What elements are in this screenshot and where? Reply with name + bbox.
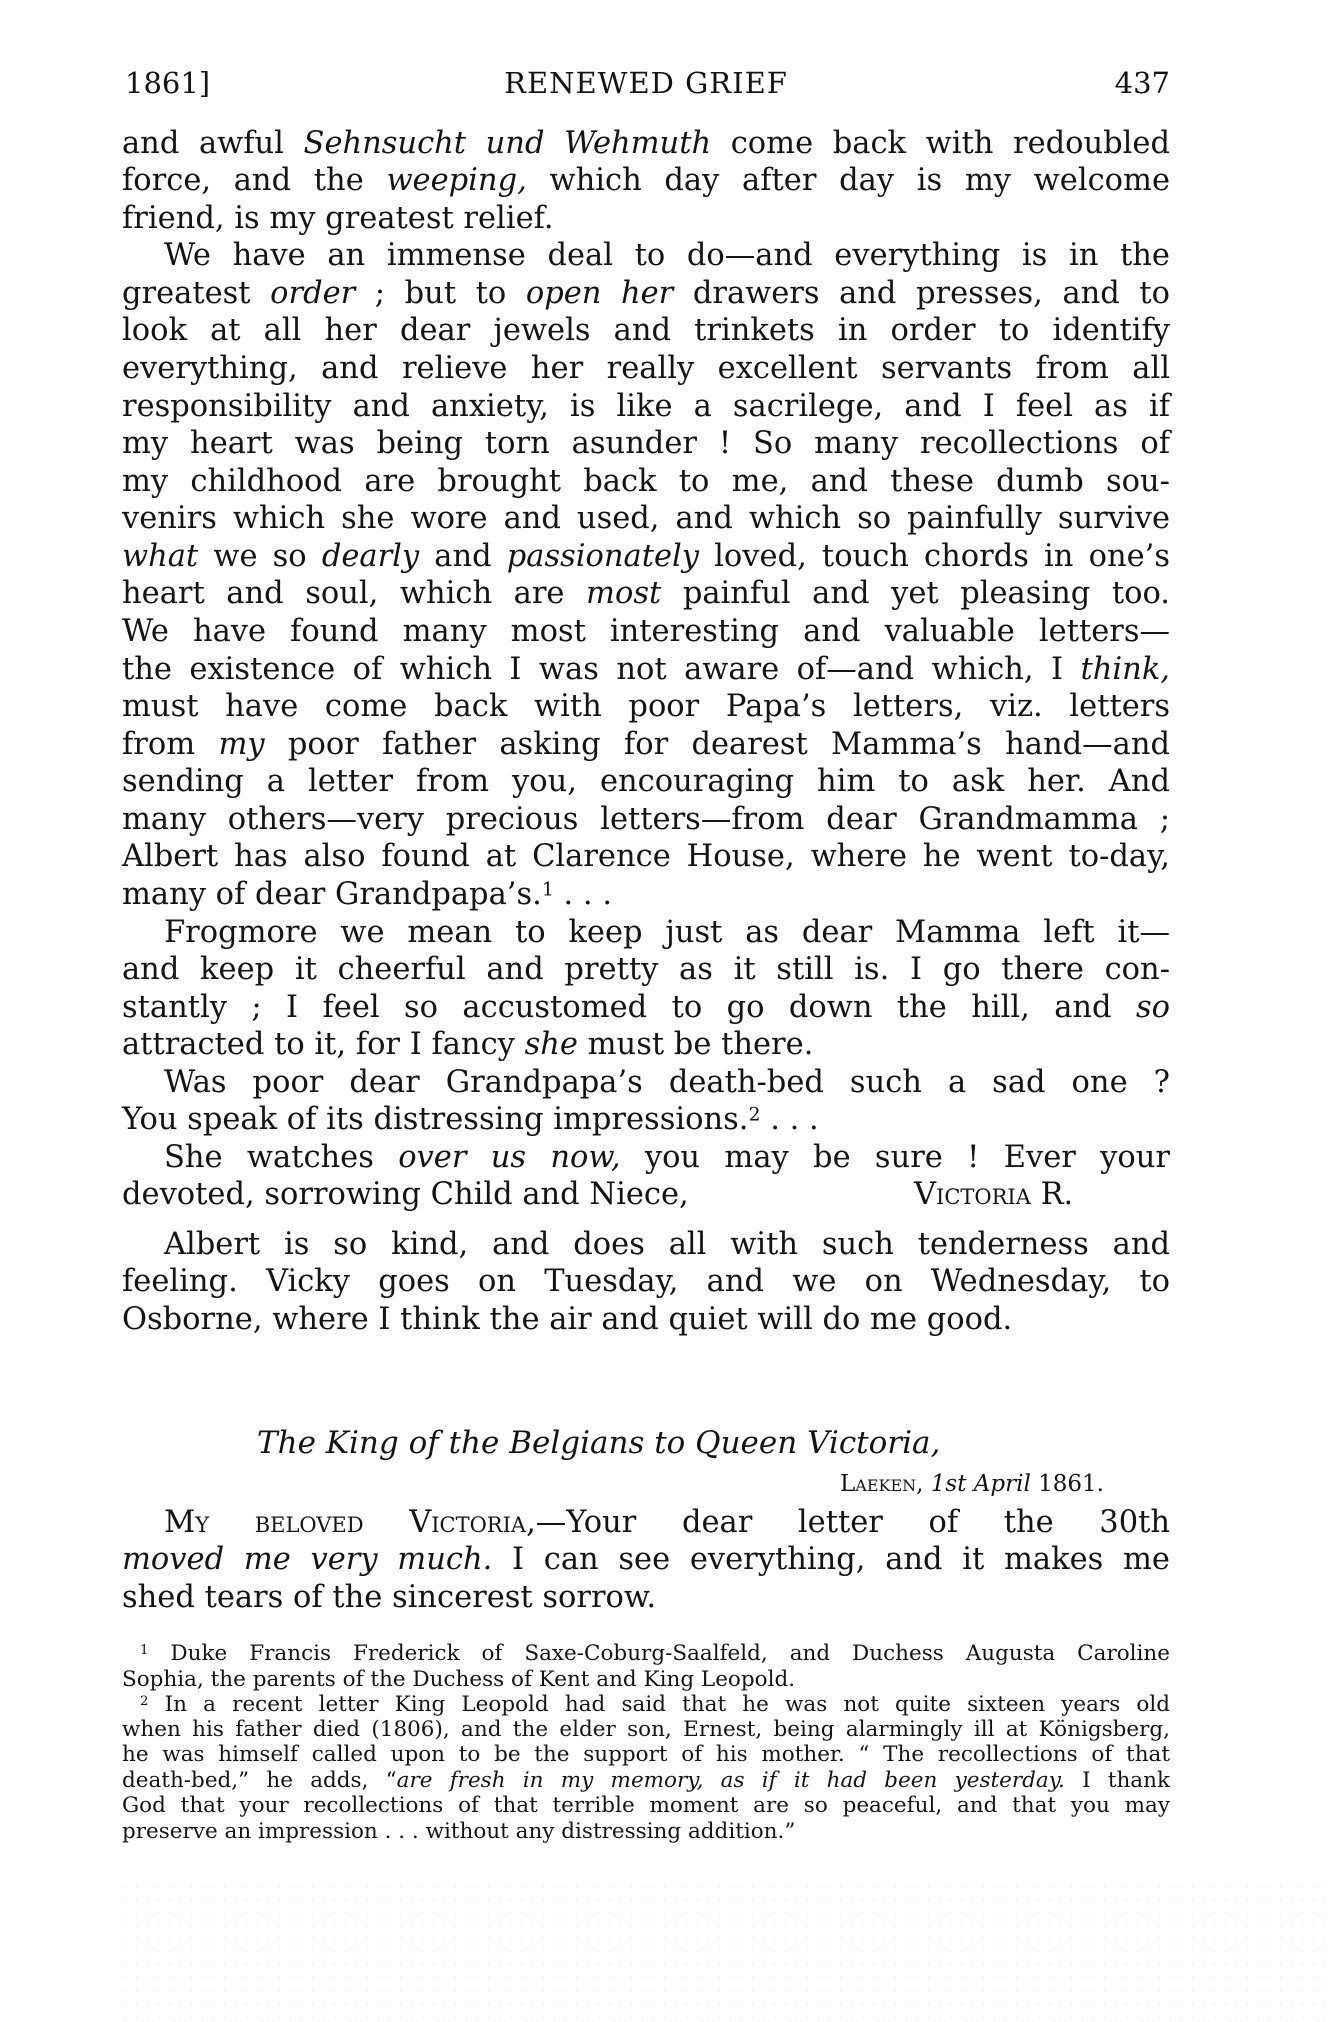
body-line: many others—very precious letters—from d…	[122, 801, 1170, 838]
signature: Victoria R.	[914, 1176, 1073, 1213]
body-line: must have come back with poor Papa’s let…	[122, 688, 1170, 725]
text-run: stantly ; I feel so accustomed to go dow…	[122, 990, 1136, 1025]
text-run: from	[122, 727, 218, 762]
body-line: heart and soul, which are most painful a…	[122, 575, 1170, 612]
body-line: my heart was being torn asunder ! So man…	[122, 425, 1170, 462]
text-run: Sophia, the parents of the Duchess of Ke…	[122, 1667, 795, 1692]
body-line: Osborne, where I think the air and quiet…	[122, 1301, 1170, 1338]
body-line: She watches over us now, you may be sure…	[164, 1139, 1170, 1176]
text-run: which day after day is my welcome	[527, 163, 1170, 198]
body-line: what we so dearly and passionately loved…	[122, 538, 1170, 575]
footnote-line: preserve an impression . . . without any…	[122, 1819, 1170, 1844]
page-number: 437	[1115, 66, 1170, 100]
text-run: ; but to	[355, 276, 526, 311]
text-run: drawers and presses, and to	[673, 276, 1170, 311]
italic-text: think,	[1081, 652, 1170, 687]
letter-dateline: Laeken, 1st April 1861.	[840, 1470, 1104, 1498]
text-run: and	[419, 539, 507, 574]
scan-speckle	[120, 1880, 1329, 2020]
text-run: heart and soul, which are	[122, 576, 586, 611]
footnote-marker: 2	[748, 1104, 760, 1126]
text-run: he was himself called upon to be the sup…	[122, 1742, 1170, 1767]
body-line: Was poor dear Grandpapa’s death-bed such…	[164, 1064, 1170, 1101]
body-line: and keep it cheerful and pretty as it st…	[122, 951, 1170, 988]
dateline-place: Laeken,	[840, 1471, 923, 1497]
text-run: Was poor dear Grandpapa’s death-bed such…	[164, 1065, 1170, 1100]
text-run: sending a letter from you, encouraging h…	[122, 764, 1170, 799]
italic-text: so	[1136, 990, 1170, 1025]
body-line: stantly ; I feel so accustomed to go dow…	[122, 989, 1170, 1026]
body-line: many of dear Grandpapa’s.1 . . .	[122, 876, 1170, 913]
body-line: attracted to it, for I fancy she must be…	[122, 1026, 1170, 1063]
salutation: My beloved Victoria,	[164, 1505, 536, 1540]
letter2-line: shed tears of the sincerest sorrow.	[122, 1579, 1170, 1616]
italic-text: my	[218, 727, 264, 762]
text-run: Albert is so kind, and does all with suc…	[164, 1227, 1170, 1262]
text-run: must be there.	[578, 1027, 813, 1062]
body-line: friend, is my greatest relief.	[122, 200, 1170, 237]
body-line: Albert has also found at Clarence House,…	[122, 838, 1170, 875]
letter-heading: The King of the Belgians to Queen Victor…	[257, 1424, 1032, 1462]
footnote-line: he was himself called upon to be the sup…	[122, 1742, 1170, 1767]
text-run: She watches	[164, 1140, 398, 1175]
text-run: death-bed,” he adds, “	[122, 1768, 397, 1793]
italic-text: passionately	[507, 539, 699, 574]
book-page: 1861] RENEWED GRIEF 437 and awful Sehnsu…	[0, 0, 1329, 2022]
text-run: God that your recollections of that terr…	[122, 1793, 1170, 1818]
text-run: my heart was being torn asunder ! So man…	[122, 426, 1170, 461]
text-run: look at all her dear jewels and trinkets…	[122, 313, 1170, 348]
text-run: responsibility and anxiety, is like a sa…	[122, 389, 1170, 424]
body-line: We have an immense deal to do—and everyt…	[164, 237, 1170, 274]
italic-text: Sehnsucht und Wehmuth	[304, 126, 712, 161]
text-run: painful and yet pleasing too.	[661, 576, 1170, 611]
footnote-line: 1 Duke Francis Frederick of Saxe-Coburg-…	[140, 1641, 1170, 1666]
text-run: I thank	[1065, 1768, 1170, 1793]
italic-text: are fresh in my memory, as if it had bee…	[397, 1768, 1065, 1793]
body-line: You speak of its distressing impressions…	[122, 1101, 1170, 1138]
text-run: Osborne, where I think the air and quiet…	[122, 1302, 1012, 1337]
text-run: Frogmore we mean to keep just as dear Ma…	[164, 915, 1170, 950]
italic-text: what	[122, 539, 198, 574]
footnote-line: God that your recollections of that terr…	[122, 1793, 1170, 1818]
text-run: must have come back with poor Papa’s let…	[122, 689, 1170, 724]
body-line: the existence of which I was not aware o…	[122, 651, 1170, 688]
letter2-line: moved me very much. I can see everything…	[122, 1541, 1170, 1578]
body-line: force, and the weeping, which day after …	[122, 162, 1170, 199]
text-run: We have an immense deal to do—and everyt…	[164, 238, 1170, 273]
italic-text: most	[586, 576, 661, 611]
text-run: my childhood are brought back to me, and…	[122, 464, 1170, 499]
footnote-line: when his father died (1806), and the eld…	[122, 1717, 1170, 1742]
text-run: the existence of which I was not aware o…	[122, 652, 1081, 687]
footnote-line: 2 In a recent letter King Leopold had sa…	[140, 1692, 1170, 1717]
text-run: friend, is my greatest relief.	[122, 201, 554, 236]
text-run: poor father asking for dearest Mamma’s h…	[265, 727, 1170, 762]
dateline-day: 1st	[931, 1471, 974, 1497]
body-line: feeling. Vicky goes on Tuesday, and we o…	[122, 1263, 1170, 1300]
italic-text: over us now,	[398, 1140, 620, 1175]
body-line: my childhood are brought back to me, and…	[122, 463, 1170, 500]
text-run: —Your dear letter of the 30th	[536, 1505, 1170, 1540]
italic-text: open her	[526, 276, 673, 311]
text-run: force, and the	[122, 163, 386, 198]
body-line: venirs which she wore and used, and whic…	[122, 500, 1170, 537]
text-run: greatest	[122, 276, 270, 311]
dateline-year: 1861.	[1038, 1471, 1104, 1497]
italic-text: she	[525, 1027, 578, 1062]
running-head-title: RENEWED GRIEF	[122, 66, 1170, 100]
body-line: everything, and relieve her really excel…	[122, 350, 1170, 387]
text-run: In a recent letter King Leopold had said…	[148, 1692, 1170, 1717]
text-run: Albert has also found at Clarence House,…	[122, 839, 1170, 874]
text-run: many others—very precious letters—from d…	[122, 802, 1170, 837]
text-run: We have found many most interesting and …	[122, 614, 1170, 649]
italic-text: weeping,	[386, 163, 526, 198]
text-run: . . .	[554, 877, 612, 912]
body-line: responsibility and anxiety, is like a sa…	[122, 388, 1170, 425]
text-run: preserve an impression . . . without any…	[122, 1819, 795, 1844]
footnote-line: Sophia, the parents of the Duchess of Ke…	[122, 1667, 1170, 1692]
body-line: and awful Sehnsucht und Wehmuth come bac…	[122, 125, 1170, 162]
text-run: many of dear Grandpapa’s.	[122, 877, 542, 912]
italic-text: dearly	[322, 539, 419, 574]
text-run: Duke Francis Frederick of Saxe-Coburg-Sa…	[148, 1641, 1170, 1666]
text-run: everything, and relieve her really excel…	[122, 351, 1170, 386]
footnote-line: death-bed,” he adds, “are fresh in my me…	[122, 1768, 1170, 1793]
text-run: we so	[198, 539, 322, 574]
body-line: We have found many most interesting and …	[122, 613, 1170, 650]
italic-text: moved me very much.	[122, 1542, 492, 1577]
body-line: look at all her dear jewels and trinkets…	[122, 312, 1170, 349]
text-run: you may be sure ! Ever your	[621, 1140, 1170, 1175]
text-run: . . .	[761, 1102, 819, 1137]
footnote-marker: 1	[542, 879, 554, 901]
text-run: attracted to it, for I fancy	[122, 1027, 525, 1062]
text-run: come back with redoubled	[711, 126, 1170, 161]
body-line: from my poor father asking for dearest M…	[122, 726, 1170, 763]
text-run: You speak of its distressing impressions…	[122, 1102, 748, 1137]
text-run: devoted, sorrowing Child and Niece,	[122, 1177, 689, 1212]
text-run: and awful	[122, 126, 304, 161]
text-run: feeling. Vicky goes on Tuesday, and we o…	[122, 1264, 1170, 1299]
letter2-line: My beloved Victoria,—Your dear letter of…	[164, 1504, 1170, 1541]
body-line: Albert is so kind, and does all with suc…	[164, 1226, 1170, 1263]
text-run: when his father died (1806), and the eld…	[122, 1717, 1170, 1742]
text-run: and keep it cheerful and pretty as it st…	[122, 952, 1170, 987]
body-line: sending a letter from you, encouraging h…	[122, 763, 1170, 800]
text-run: shed tears of the sincerest sorrow.	[122, 1580, 656, 1615]
dateline-day-text: 1st	[931, 1471, 967, 1497]
text-run: venirs which she wore and used, and whic…	[122, 501, 1170, 536]
body-line: Frogmore we mean to keep just as dear Ma…	[164, 914, 1170, 951]
text-run: I can see everything, and it makes me	[492, 1542, 1170, 1577]
text-run: loved, touch chords in one’s	[699, 539, 1170, 574]
italic-text: order	[270, 276, 355, 311]
dateline-month: April	[974, 1471, 1031, 1497]
body-line: greatest order ; but to open her drawers…	[122, 275, 1170, 312]
running-head: 1861] RENEWED GRIEF 437	[122, 66, 1170, 102]
